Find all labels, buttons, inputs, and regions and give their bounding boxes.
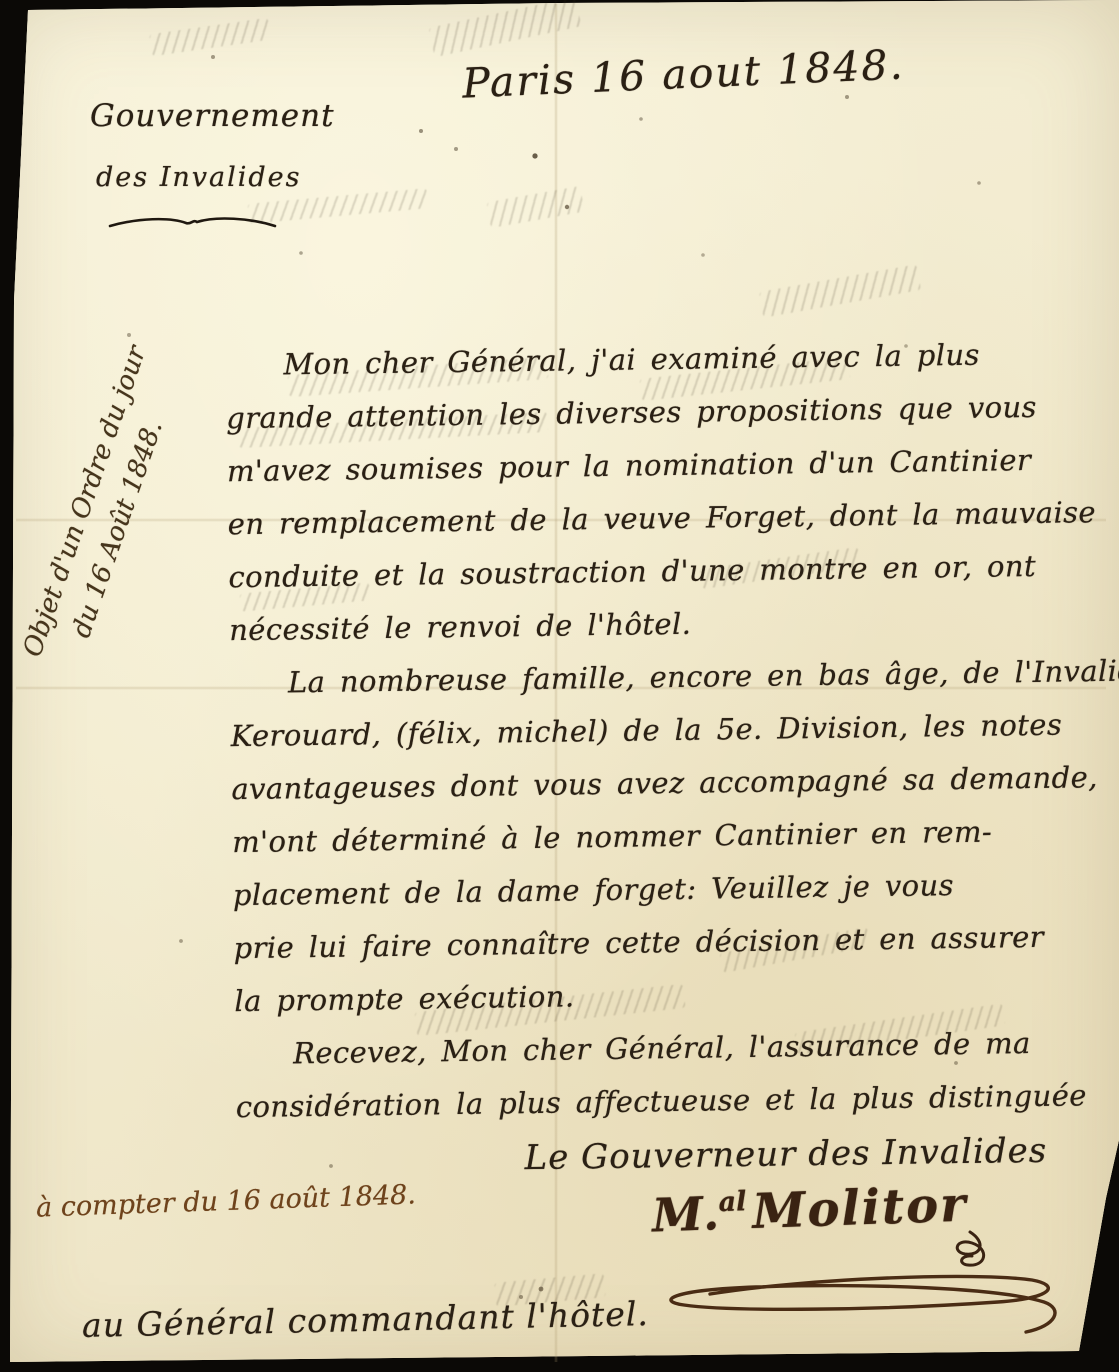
body-line: considération la plus affectueuse et la … (236, 1069, 1119, 1134)
letterhead-flourish (108, 216, 278, 234)
letterhead: Gouvernement des Invalides (90, 98, 335, 193)
signature-superscript: al (718, 1186, 747, 1218)
paper-specks (0, 0, 2, 2)
letterhead-line2: des Invalides (96, 162, 335, 193)
letter-scan: { "colors": { "background": "#0b0906", "… (0, 0, 1119, 1372)
closing-line: Le Gouverneur des Invalides (524, 1130, 1119, 1178)
letter-body: Mon cher Général, j'ai examiné avec la p… (225, 327, 1119, 1182)
letterhead-line1: Gouvernement (90, 98, 335, 134)
signature-flourish (640, 1228, 1080, 1338)
